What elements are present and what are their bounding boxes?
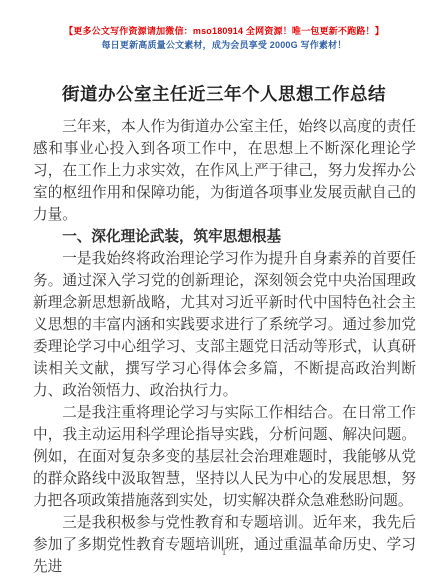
body-paragraph: 二是我注重将理论学习与实际工作相结合。在日常工作中，我主动运用科学理论指导实践，… — [33, 402, 416, 512]
promo-line-red: 【更多公文写作资源请加微信：mso180914 全网资源！唯一包更新不跑路！】 — [0, 24, 448, 38]
body-paragraph: 一是我始终将政治理论学习作为提升自身素养的首要任务。通过深入学习党的创新理论，深… — [33, 248, 416, 402]
document-title: 街道办公室主任近三年个人思想工作总结 — [20, 83, 428, 105]
body-paragraph: 三是我积极参与党性教育和专题培训。近年来，我先后参加了多期党性教育专题培训班，通… — [33, 512, 416, 578]
section-heading: 一、深化理论武装，筑牢思想根基 — [33, 226, 416, 248]
document-body: 三年来，本人作为街道办公室主任，始终以高度的责任感和事业心投入到各项工作中，在思… — [33, 116, 416, 578]
promo-banner: 【更多公文写作资源请加微信：mso180914 全网资源！唯一包更新不跑路！】 … — [0, 0, 448, 52]
page-number: 1 — [0, 547, 448, 558]
body-paragraph: 三年来，本人作为街道办公室主任，始终以高度的责任感和事业心投入到各项工作中，在思… — [33, 116, 416, 226]
promo-line-blue: 每日更新高质量公文素材，成为会员享受 2000G 写作素材！ — [0, 38, 448, 52]
document-page: 【更多公文写作资源请加微信：mso180914 全网资源！唯一包更新不跑路！】 … — [0, 0, 448, 580]
